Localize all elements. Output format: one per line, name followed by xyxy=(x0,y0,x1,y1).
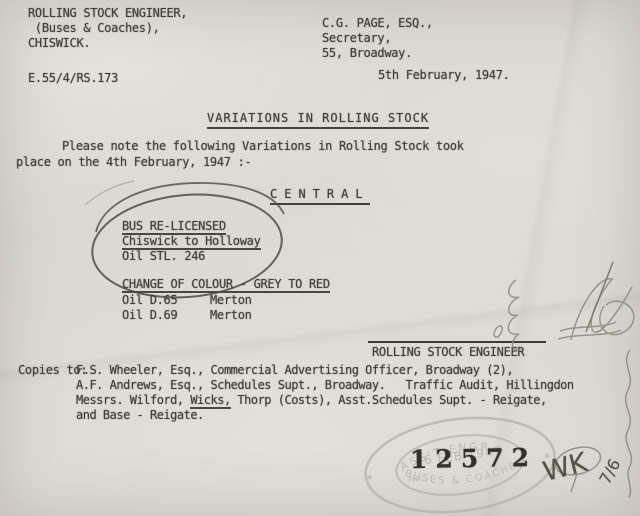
recipient-line-2: Secretary, xyxy=(322,31,391,46)
signature-title: ROLLING STOCK ENGINEER xyxy=(372,345,524,360)
stamp-no-label: No. xyxy=(408,474,424,486)
pencil-faint-stroke xyxy=(85,181,134,205)
colour-change-row: Oil D.69Merton xyxy=(122,308,252,323)
colour-change-row: Oil D.65Merton xyxy=(122,293,252,308)
garage-cell: Merton xyxy=(210,293,252,307)
sender-line-1: ROLLING STOCK ENGINEER, xyxy=(28,6,187,21)
pencil-small-loop xyxy=(494,326,502,337)
bus-relicensed-route-text: Chiswick to Holloway xyxy=(122,234,261,250)
intro-line-2: place on the 4th February, 1947 :- xyxy=(16,155,251,170)
copies-line-3-pre: Messrs. Wilford, xyxy=(76,393,190,407)
sender-line-2: (Buses & Coaches), xyxy=(28,21,160,36)
pencil-scrawl-scribble xyxy=(558,322,621,339)
pencil-scrawl-loop-big xyxy=(600,301,634,334)
signature-rule xyxy=(368,341,546,343)
pencil-fraction: 7/6 xyxy=(595,456,624,488)
bus-relicensed-route: Chiswick to Holloway xyxy=(122,234,261,249)
colour-change-heading: CHANGE OF COLOUR - GREY TO RED xyxy=(122,277,330,292)
garage-cell: Merton xyxy=(210,308,252,322)
document-scan: ROLLING STOCK ENGINEER, (Buses & Coaches… xyxy=(0,0,640,516)
copies-line-4: and Base - Reigate. xyxy=(76,408,204,423)
copies-line-1: F.S. Wheeler, Esq., Commercial Advertisi… xyxy=(76,363,513,378)
copies-line-3-underlined: Wicks, xyxy=(190,393,230,409)
bus-relicensed-heading-text: BUS RE-LICENSED xyxy=(122,219,226,235)
stamp-serial-number: 12572 xyxy=(410,443,537,474)
pencil-initials: WK xyxy=(540,447,591,488)
colour-change-heading-text: CHANGE OF COLOUR - GREY TO RED xyxy=(122,277,330,293)
vehicle-cell: Oil D.65 xyxy=(122,293,210,308)
sender-line-3: CHISWICK. xyxy=(28,36,90,51)
stamp-star-left: ✶ xyxy=(365,470,374,485)
pencil-scrawl-cluster-1 xyxy=(571,279,632,340)
bus-relicensed-heading: BUS RE-LICENSED xyxy=(122,219,226,234)
date-line: 5th February, 1947. xyxy=(378,68,510,83)
recipient-line-3: 55, Broadway. xyxy=(322,46,412,61)
copies-line-3-post: Thorp (Costs), Asst.Schedules Supt. - Re… xyxy=(231,393,547,407)
reference-number: E.55/4/RS.173 xyxy=(28,71,118,86)
recipient-line-1: C.G. PAGE, ESQ., xyxy=(322,16,433,31)
page-title: VARIATIONS IN ROLLING STOCK xyxy=(207,111,429,129)
section-heading-central: CENTRAL xyxy=(270,187,370,205)
pencil-wavy-vertical xyxy=(626,350,632,498)
pencil-scrawl-loops-left xyxy=(508,280,521,350)
bus-relicensed-vehicle: Oil STL. 246 xyxy=(122,249,205,264)
vehicle-cell: Oil D.69 xyxy=(122,308,210,323)
pencil-slash xyxy=(586,262,613,332)
copies-line-3: Messrs. Wilford, Wicks, Thorp (Costs), A… xyxy=(76,393,547,408)
copies-line-2: A.F. Andrews, Esq., Schedules Supt., Bro… xyxy=(76,378,574,393)
intro-line-1: Please note the following Variations in … xyxy=(62,139,464,154)
